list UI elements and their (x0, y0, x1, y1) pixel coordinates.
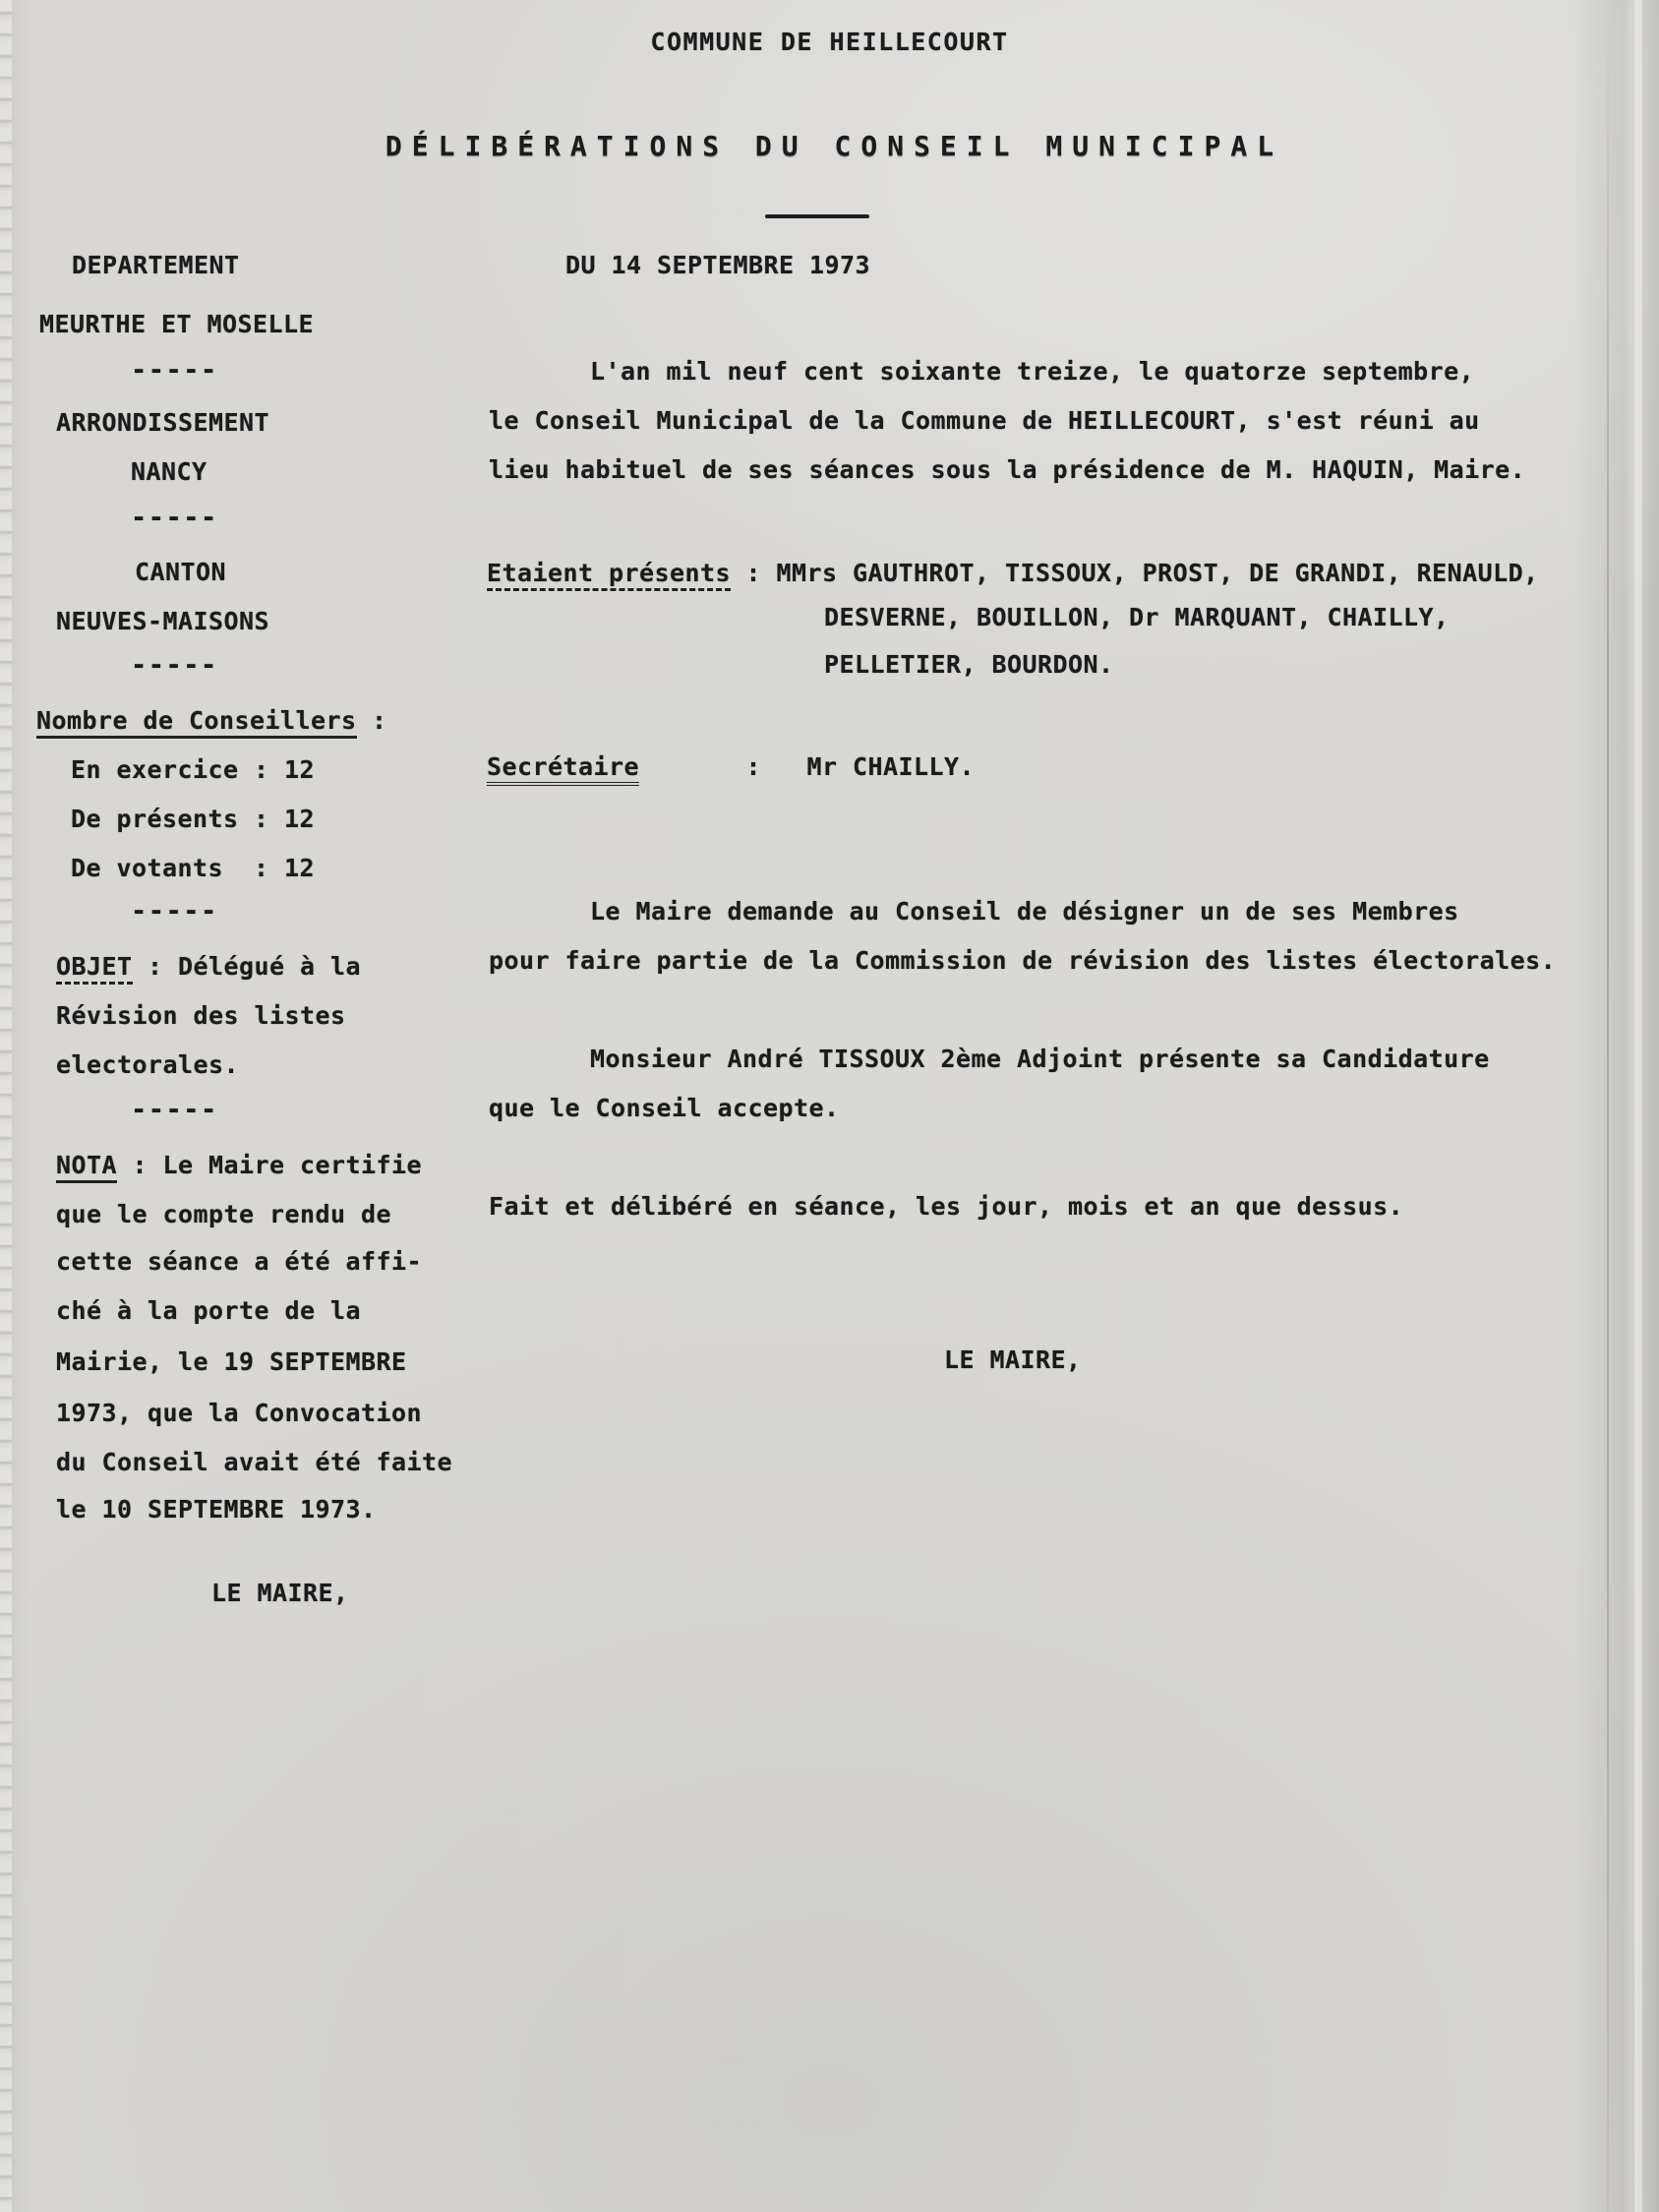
separator-dashes: ----- (131, 651, 218, 681)
nota-line: Mairie, le 19 SEPTEMBRE (56, 1347, 407, 1377)
canton-value: NEUVES-MAISONS (56, 607, 269, 636)
count-en-exercice: En exercice : 12 (71, 755, 315, 785)
objet-line: Révision des listes (56, 1001, 346, 1031)
opening-line: lieu habituel de ses séances sous la pré… (489, 455, 1525, 485)
presents-line: Etaient présents : MMrs GAUTHROT, TISSOU… (487, 559, 1539, 588)
request-line: Le Maire demande au Conseil de désigner … (590, 897, 1459, 927)
nota-line: que le compte rendu de (56, 1200, 391, 1229)
separator-dashes: ----- (131, 504, 218, 533)
separator-dashes: ----- (131, 897, 218, 927)
presents-label: Etaient présents (487, 559, 731, 591)
objet-text: : Délégué à la (133, 952, 362, 981)
torn-left-edge (0, 0, 12, 2212)
margin-signature: LE MAIRE, (211, 1579, 349, 1608)
presents-names: : MMrs GAUTHROT, TISSOUX, PROST, DE GRAN… (731, 559, 1539, 587)
session-date: DU 14 SEPTEMBRE 1973 (565, 251, 870, 280)
objet-line: electorales. (56, 1050, 239, 1080)
presents-line: DESVERNE, BOUILLON, Dr MARQUANT, CHAILLY… (824, 603, 1450, 632)
secretaire-line: Secrétaire : Mr CHAILLY. (487, 752, 975, 782)
objet-label: OBJET (56, 952, 133, 985)
departement-value: MEURTHE ET MOSELLE (39, 310, 314, 339)
count-de-votants: De votants : 12 (71, 854, 315, 883)
opening-line: L'an mil neuf cent soixante treize, le q… (590, 357, 1474, 387)
paper-edge-highlight (1634, 0, 1642, 2212)
body-signature: LE MAIRE, (944, 1345, 1082, 1375)
commune-heading: COMMUNE DE HEILLECOURT (0, 28, 1659, 56)
paper-crease (1607, 0, 1609, 2212)
nota-line: ché à la porte de la (56, 1296, 361, 1326)
nota-line: NOTA : Le Maire certifie (56, 1151, 422, 1180)
objet-line: OBJET : Délégué à la (56, 952, 361, 982)
separator-dashes: ----- (131, 356, 218, 386)
candidature-line: Monsieur André TISSOUX 2ème Adjoint prés… (590, 1045, 1490, 1074)
candidature-line: que le Conseil accepte. (489, 1094, 840, 1123)
nota-label: NOTA (56, 1151, 117, 1183)
conseillers-heading-text: Nombre de Conseillers (36, 706, 357, 739)
nota-line: cette séance a été affi- (56, 1247, 422, 1277)
arrondissement-label: ARRONDISSEMENT (56, 408, 269, 438)
separator-dashes: ----- (131, 1096, 218, 1125)
departement-label: DEPARTEMENT (72, 251, 240, 280)
nota-line: du Conseil avait été faite (56, 1448, 452, 1477)
presents-line: PELLETIER, BOURDON. (824, 650, 1114, 680)
secretaire-label: Secrétaire (487, 752, 639, 786)
arrondissement-value: NANCY (131, 457, 207, 487)
secretaire-name: : Mr CHAILLY. (639, 752, 975, 781)
count-de-presents: De présents : 12 (71, 805, 315, 834)
nota-line: le 10 SEPTEMBRE 1973. (56, 1495, 377, 1524)
conseillers-heading-colon: : (357, 706, 387, 735)
nota-text: : Le Maire certifie (117, 1151, 422, 1179)
scanned-document-page: COMMUNE DE HEILLECOURT DÉLIBÉRATIONS DU … (0, 0, 1659, 2212)
title-underline-rule (765, 214, 869, 218)
nota-line: 1973, que la Convocation (56, 1399, 422, 1428)
document-title: DÉLIBÉRATIONS DU CONSEIL MUNICIPAL (0, 130, 1659, 162)
conseillers-heading: Nombre de Conseillers : (36, 706, 387, 736)
request-line: pour faire partie de la Commission de ré… (489, 946, 1556, 976)
opening-line: le Conseil Municipal de la Commune de HE… (489, 406, 1480, 436)
canton-label: CANTON (135, 558, 226, 587)
closing-line: Fait et délibéré en séance, les jour, mo… (489, 1192, 1403, 1222)
